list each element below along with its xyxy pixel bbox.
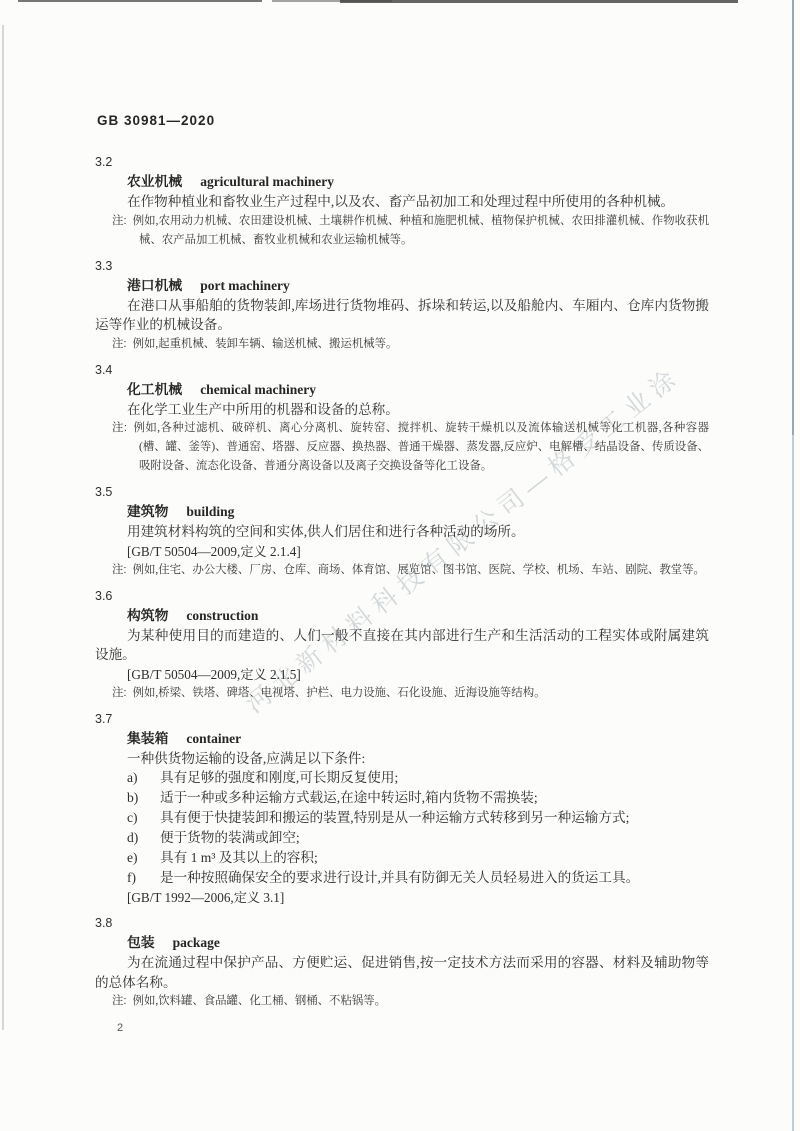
note-text: 注:例如,起重机械、装卸车辆、输送机械、搬运机械等。 — [95, 335, 709, 354]
standard-number-header: GB 30981—2020 — [97, 113, 215, 128]
condition-item-text: 具有便于快捷装卸和搬运的装置,特别是从一种运输方式转移到另一种运输方式; — [160, 808, 709, 828]
definition-section: 3.7集装箱container一种供货物运输的设备,应满足以下条件:a)具有足够… — [95, 712, 709, 908]
definition-text: 为某种使用目的而建造的、人们一般不直接在其内部进行生产和生活活动的工程实体或附属… — [95, 626, 709, 665]
term-english: chemical machinery — [200, 382, 316, 397]
definition-section: 3.8包装package为在流通过程中保护产品、方便贮运、促进销售,按一定技术方… — [95, 916, 709, 1011]
scan-edge-right — [792, 0, 794, 435]
term-english: building — [186, 504, 234, 519]
term-line: 包装package — [95, 933, 709, 952]
term-english: construction — [186, 608, 258, 623]
note-text: 注:例如,桥梁、铁塔、碑塔、电视塔、护栏、电力设施、石化设施、近海设施等结构。 — [95, 684, 709, 703]
scan-edge-left — [2, 25, 4, 1030]
source-reference: [GB/T 50504—2009,定义 2.1.5] — [95, 665, 709, 684]
term-chinese: 农业机械 — [127, 174, 182, 189]
condition-item: e)具有 1 m³ 及其以上的容积; — [95, 848, 709, 868]
definition-section: 3.6构筑物construction为某种使用目的而建造的、人们一般不直接在其内… — [95, 589, 709, 703]
definition-section: 3.4化工机械chemical machinery在化学工业生产中所用的机器和设… — [95, 363, 709, 477]
section-number: 3.7 — [95, 712, 709, 726]
condition-item: f)是一种按照确保安全的要求进行设计,并具有防御无关人员轻易进入的货运工具。 — [95, 868, 709, 888]
note-text: 注:例如,饮料罐、食品罐、化工桶、钢桶、不粘锅等。 — [95, 992, 709, 1011]
condition-item-text: 便于货物的装满或卸空; — [160, 828, 709, 848]
note-label: 注: — [112, 422, 127, 434]
condition-item-text: 具有 1 m³ 及其以上的容积; — [160, 848, 709, 868]
definition-text: 用建筑材料构筑的空间和实体,供人们居住和进行各种活动的场所。 — [95, 522, 709, 542]
note-text: 注:例如,农用动力机械、农田建设机械、土壤耕作机械、种植和施肥机械、植物保护机械… — [95, 212, 709, 250]
condition-item-label: e) — [127, 848, 160, 868]
scan-edge-top-segment — [18, 0, 262, 2]
term-line: 构筑物construction — [95, 606, 709, 625]
note-label: 注: — [112, 564, 127, 576]
definition-section: 3.5建筑物building用建筑材料构筑的空间和实体,供人们居住和进行各种活动… — [95, 485, 709, 580]
condition-item: c)具有便于快捷装卸和搬运的装置,特别是从一种运输方式转移到另一种运输方式; — [95, 808, 709, 828]
section-number: 3.2 — [95, 155, 709, 169]
definition-section: 3.2农业机械agricultural machinery在作物种植业和畜牧业生… — [95, 155, 709, 250]
term-chinese: 化工机械 — [127, 382, 182, 397]
term-chinese: 构筑物 — [127, 608, 168, 623]
term-english: agricultural machinery — [200, 174, 334, 189]
term-chinese: 港口机械 — [127, 278, 182, 293]
source-reference: [GB/T 50504—2009,定义 2.1.4] — [95, 542, 709, 561]
section-number: 3.6 — [95, 589, 709, 603]
term-chinese: 集装箱 — [127, 731, 168, 746]
condition-item: a)具有足够的强度和刚度,可长期反复使用; — [95, 768, 709, 788]
note-label: 注: — [112, 338, 127, 350]
condition-item: d)便于货物的装满或卸空; — [95, 828, 709, 848]
definition-text: 在化学工业生产中所用的机器和设备的总称。 — [95, 400, 709, 420]
sections: 3.2农业机械agricultural machinery在作物种植业和畜牧业生… — [95, 146, 709, 1011]
condition-item-text: 是一种按照确保安全的要求进行设计,并具有防御无关人员轻易进入的货运工具。 — [160, 868, 709, 888]
section-number: 3.5 — [95, 485, 709, 499]
term-english: port machinery — [200, 278, 290, 293]
term-line: 港口机械port machinery — [95, 276, 709, 295]
term-line: 建筑物building — [95, 502, 709, 521]
term-line: 集装箱container — [95, 729, 709, 748]
term-line: 农业机械agricultural machinery — [95, 172, 709, 191]
condition-item-label: a) — [127, 768, 160, 788]
condition-item-label: b) — [127, 788, 160, 808]
document-page: 河北新材料科技有限公司—格受工业涂 GB 30981—2020 3.2农业机械a… — [0, 0, 800, 1131]
note-label: 注: — [112, 687, 127, 699]
page-number: 2 — [117, 1022, 123, 1034]
condition-item-label: d) — [127, 828, 160, 848]
section-number: 3.3 — [95, 259, 709, 273]
section-number: 3.8 — [95, 916, 709, 930]
note-text: 注:例如,各种过滤机、破碎机、离心分离机、旋转窑、搅拌机、旋转干燥机以及流体输送… — [95, 419, 709, 476]
scan-edge-top-segment — [340, 0, 738, 3]
definition-text: 在作物种植业和畜牧业生产过程中,以及农、畜产品初加工和处理过程中所使用的各种机械… — [95, 192, 709, 212]
condition-item-label: f) — [127, 868, 160, 888]
condition-item-text: 具有足够的强度和刚度,可长期反复使用; — [160, 768, 709, 788]
source-reference: [GB/T 1992—2006,定义 3.1] — [95, 888, 709, 907]
condition-item: b)适于一种或多种运输方式载运,在途中转运时,箱内货物不需换装; — [95, 788, 709, 808]
definition-text: 一种供货物运输的设备,应满足以下条件: — [95, 749, 709, 769]
note-text: 注:例如,住宅、办公大楼、厂房、仓库、商场、体育馆、展览馆、图书馆、医院、学校、… — [95, 561, 709, 580]
definition-text: 为在流通过程中保护产品、方便贮运、促进销售,按一定技术方法而采用的容器、材料及辅… — [95, 953, 709, 992]
note-label: 注: — [112, 995, 127, 1007]
definition-section: 3.3港口机械port machinery在港口从事船舶的货物装卸,库场进行货物… — [95, 259, 709, 354]
term-chinese: 建筑物 — [127, 504, 168, 519]
term-english: container — [186, 731, 241, 746]
section-number: 3.4 — [95, 363, 709, 377]
term-english: package — [173, 935, 220, 950]
condition-item-text: 适于一种或多种运输方式载运,在途中转运时,箱内货物不需换装; — [160, 788, 709, 808]
definition-text: 在港口从事船舶的货物装卸,库场进行货物堆码、拆垛和转运,以及船舱内、车厢内、仓库… — [95, 296, 709, 335]
term-chinese: 包装 — [127, 935, 155, 950]
condition-item-label: c) — [127, 808, 160, 828]
note-label: 注: — [112, 215, 127, 227]
term-line: 化工机械chemical machinery — [95, 380, 709, 399]
scan-edge-right — [792, 435, 794, 1131]
